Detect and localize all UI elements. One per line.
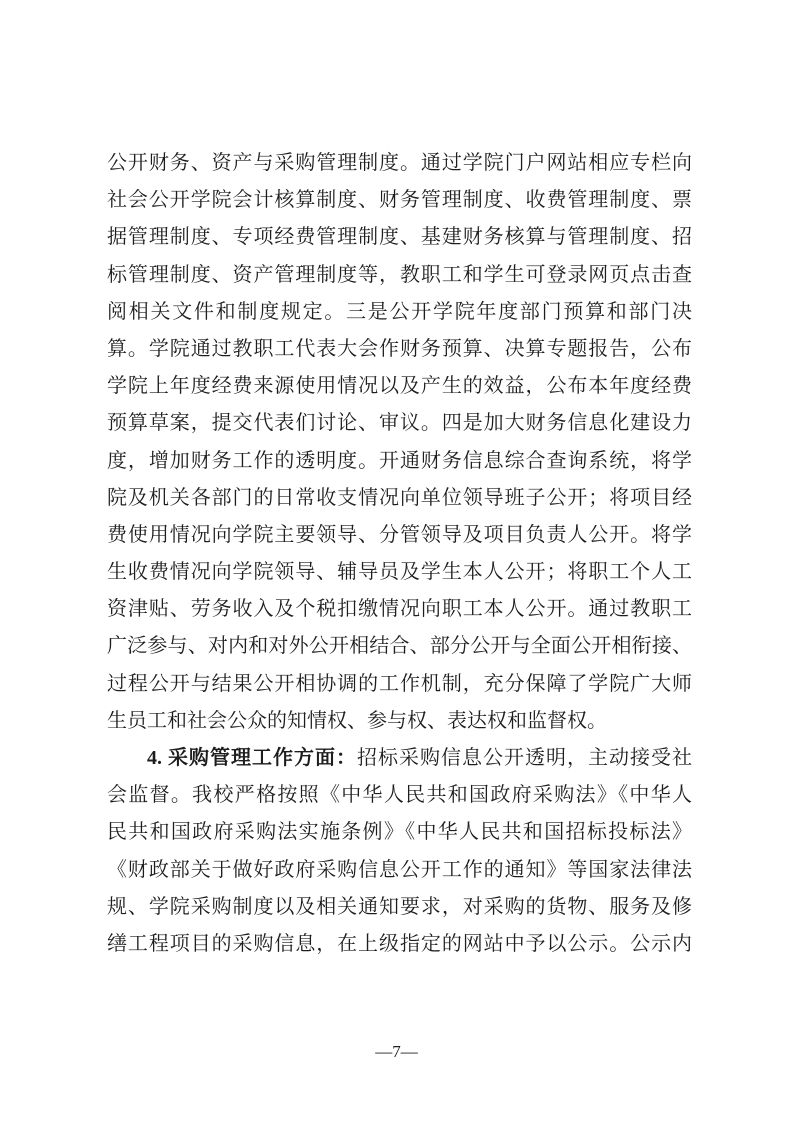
- section-heading-line: 4. 采购管理工作方面：招标采购信息公开透明，主动接受社: [107, 740, 692, 777]
- section-heading: 4. 采购管理工作方面：: [147, 747, 357, 769]
- text-line: 学院上年度经费来源使用情况以及产生的效益，公布本年度经费: [107, 368, 692, 405]
- text-line: 公开财务、资产与采购管理制度。通过学院门户网站相应专栏向: [107, 145, 692, 182]
- text-line: 院及机关各部门的日常收支情况向单位领导班子公开；将项目经: [107, 480, 692, 517]
- text-line: 度，增加财务工作的透明度。开通财务信息综合查询系统，将学: [107, 443, 692, 480]
- text-line: 缮工程项目的采购信息，在上级指定的网站中予以公示。公示内: [107, 926, 692, 963]
- text-line: 《财政部关于做好政府采购信息公开工作的通知》等国家法律法: [107, 852, 692, 889]
- text-line: 标管理制度、资产管理制度等，教职工和学生可登录网页点击查: [107, 257, 692, 294]
- text-line: 规、学院采购制度以及相关通知要求，对采购的货物、服务及修: [107, 889, 692, 926]
- page-number: —7—: [0, 1042, 793, 1062]
- text-line: 算。学院通过教职工代表大会作财务预算、决算专题报告，公布: [107, 331, 692, 368]
- section-heading-continuation: 招标采购信息公开透明，主动接受社: [357, 747, 692, 769]
- text-line: 据管理制度、专项经费管理制度、基建财务核算与管理制度、招: [107, 219, 692, 256]
- document-body: 公开财务、资产与采购管理制度。通过学院门户网站相应专栏向 社会公开学院会计核算制…: [107, 145, 692, 963]
- text-line: 资津贴、劳务收入及个税扣缴情况向职工本人公开。通过教职工: [107, 591, 692, 628]
- text-line: 会监督。我校严格按照《中华人民共和国政府采购法》《中华人: [107, 777, 692, 814]
- text-line: 生收费情况向学院领导、辅导员及学生本人公开；将职工个人工: [107, 554, 692, 591]
- text-line: 费使用情况向学院主要领导、分管领导及项目负责人公开。将学: [107, 517, 692, 554]
- text-line: 社会公开学院会计核算制度、财务管理制度、收费管理制度、票: [107, 182, 692, 219]
- text-line: 预算草案，提交代表们讨论、审议。四是加大财务信息化建设力: [107, 405, 692, 442]
- text-line: 民共和国政府采购法实施条例》《中华人民共和国招标投标法》: [107, 814, 692, 851]
- text-line: 过程公开与结果公开相协调的工作机制，充分保障了学院广大师: [107, 666, 692, 703]
- text-line: 广泛参与、对内和对外公开相结合、部分公开与全面公开相衔接、: [107, 628, 692, 665]
- document-page: 公开财务、资产与采购管理制度。通过学院门户网站相应专栏向 社会公开学院会计核算制…: [0, 0, 793, 1122]
- text-line: 阅相关文件和制度规定。三是公开学院年度部门预算和部门决: [107, 294, 692, 331]
- paragraph-last-line: 生员工和社会公众的知情权、参与权、表达权和监督权。: [107, 703, 692, 740]
